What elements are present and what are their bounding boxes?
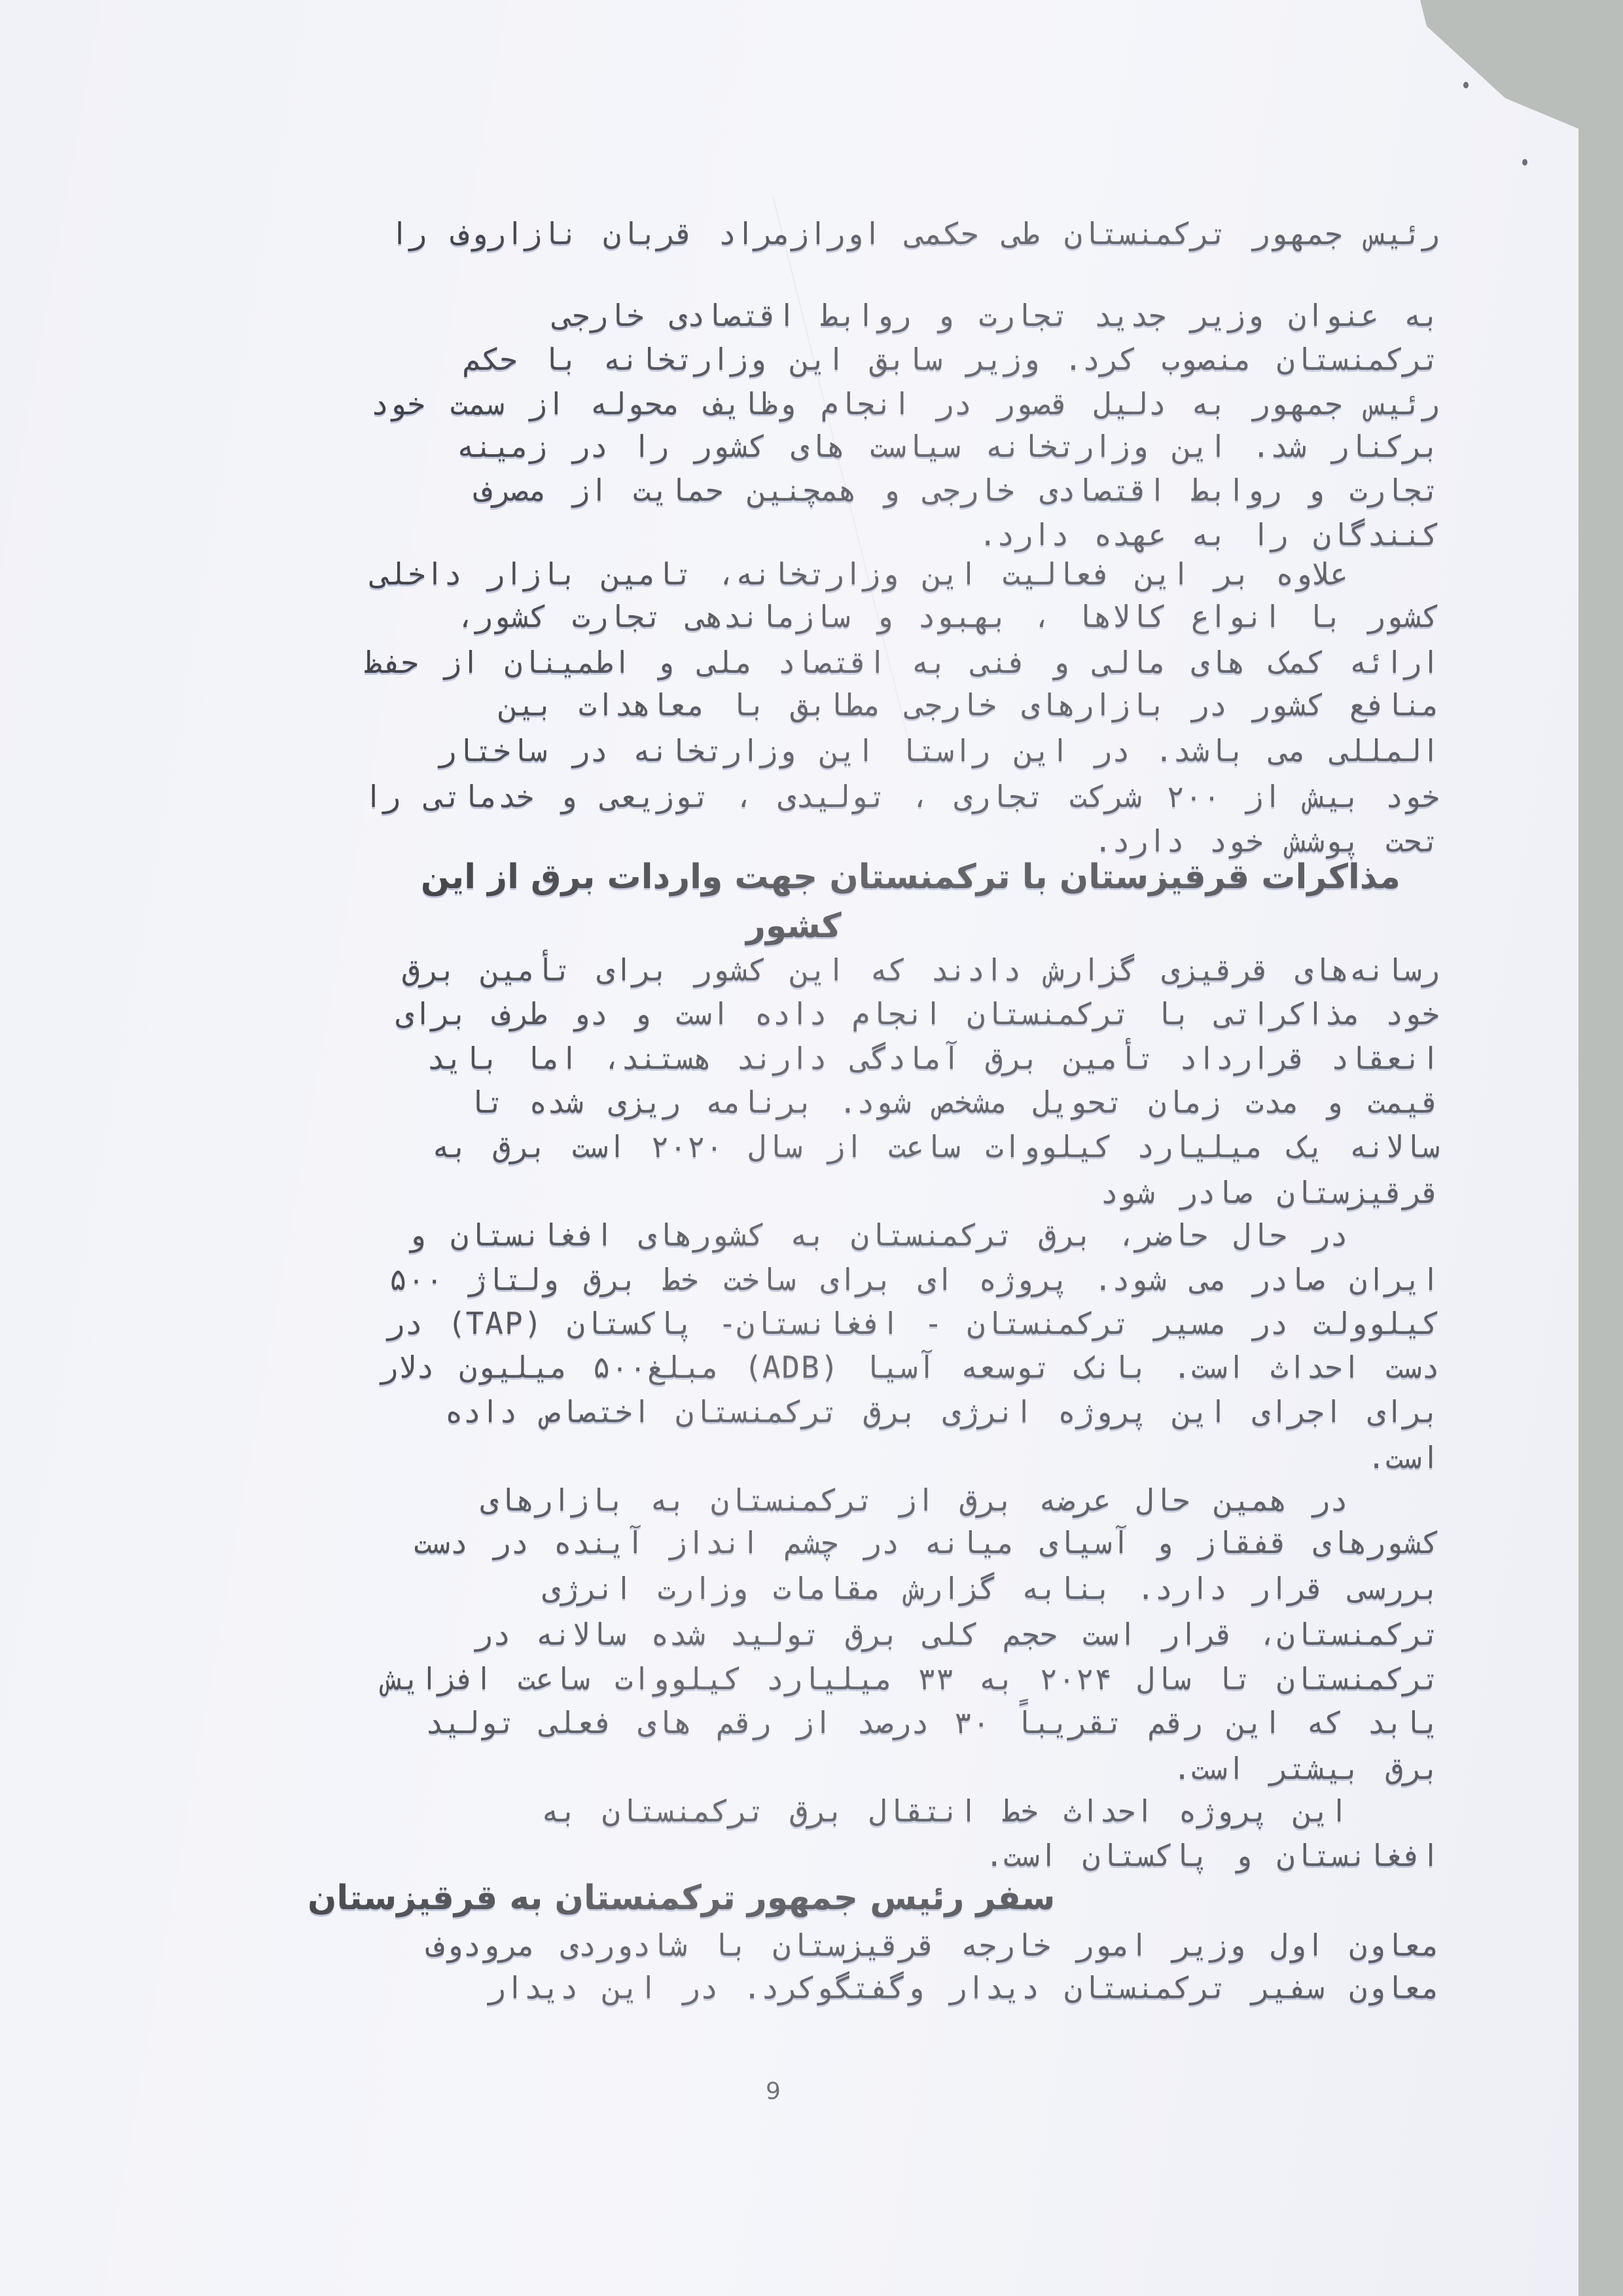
section-2-paragraph-1-line-2: معاون سفیر ترکمنستان دیدار وگفتگوکرد. در… [488,1970,1440,2005]
paragraph-1-line-6: تجارت و روابط اقتصادی خارجی و همچنین حما… [474,473,1440,508]
ink-speck [1463,82,1469,88]
paragraph-2-line-3: ارائه کمک های مالی و فنی به اقتصاد ملی و… [365,645,1440,680]
paragraph-2-line-7: تحت پوشش خود دارد. [1094,823,1440,859]
paragraph-1-line-7: کنندگان را به عهده دارد. [978,517,1440,552]
paragraph-1-line-4: رئیس جمهور به دلیل قصور در انجام وظایف م… [371,386,1440,422]
section-heading-kyrgyzstan-negotiations-continued: کشور [746,906,842,946]
paragraph-2-line-2: کشور با انواع کالاها ، بهبود و سازماندهی… [457,599,1440,634]
paragraph-1-line-1: رئیس جمهور ترکمنستان طی حکمی اورازمراد ق… [391,216,1440,251]
section-2-paragraph-1-line-1: معاون اول وزیر امور خارجه قرقیزستان با ش… [427,1928,1440,1963]
paragraph-2-line-1: علاوه بر این فعالیت این وزارتخانه، تامین… [372,556,1348,592]
section-1-paragraph-2-line-2: ایران صادر می شود. پروژه ای برای ساخت خط… [389,1262,1440,1297]
paragraph-1-line-2: به عنوان وزیر جدید تجارت و روابط اقتصادی… [554,298,1440,333]
section-heading-president-visit: سفر رئیس جمهور ترکمنستان به قرقیزستان [308,1878,1055,1918]
section-1-paragraph-2-line-6: است. [1367,1440,1440,1475]
paragraph-2-line-5: المللی می باشد. در این راستا این وزارتخا… [438,733,1440,768]
section-1-paragraph-2-line-1: در حال حاضر، برق ترکمنستان به کشورهای اف… [408,1217,1348,1253]
section-1-paragraph-3-line-5: ترکمنستان تا سال ۲۰۲۴ به ۳۳ میلیارد کیلو… [384,1661,1440,1696]
section-1-paragraph-3-line-1: در همین حال عرضه برق از ترکمنستان به باز… [480,1482,1348,1518]
section-1-paragraph-1-line-6: قرقیزستان صادر شود [1101,1175,1440,1210]
scanned-page: رئیس جمهور ترکمنستان طی حکمی اورازمراد ق… [0,0,1578,2296]
paragraph-1-line-5: برکنار شد. این وزارتخانه سیاست های کشور … [457,429,1440,464]
section-1-paragraph-1-line-5: سالانه یک میلیارد کیلووات ساعت از سال ۲۰… [432,1129,1440,1164]
section-1-paragraph-2-line-4: دست احداث است. بانک توسعه آسیا (ADB) مبل… [380,1350,1440,1385]
page-number: 9 [766,2078,781,2105]
section-1-paragraph-2-line-5: برای اجرای این پروژه انرژی برق ترکمنستان… [445,1394,1440,1429]
section-1-paragraph-1-line-3: انعقاد قرارداد تأمین برق آمادگی دارند هس… [427,1041,1440,1076]
section-1-paragraph-3-line-7: برق بیشتر است. [1173,1751,1440,1786]
ink-speck [1522,159,1527,166]
paragraph-1-line-3: ترکمنستان منصوب کرد. وزیر سابق این وزارت… [463,342,1440,377]
section-1-paragraph-4-line-1: این پروژه احداث خط انتقال برق ترکمنستان … [541,1793,1348,1829]
paragraph-2-line-6: خود بیش از ۲۰۰ شرکت تجاری ، تولیدی ، توز… [365,779,1440,814]
section-1-paragraph-2-line-3: کیلوولت در مسیر ترکمنستان - افغانستان- پ… [387,1306,1440,1341]
section-1-paragraph-3-line-3: بررسی قرار دارد. بنابه گزارش مقامات وزار… [542,1571,1440,1606]
section-1-paragraph-1-line-4: قیمت و مدت زمان تحویل مشخص شود. برنامه ر… [468,1085,1440,1120]
section-1-paragraph-4-line-2: افغانستان و پاکستان است. [985,1838,1440,1873]
section-1-paragraph-1-line-2: خود مذاکراتی با ترکمنستان انجام داده است… [396,996,1440,1031]
section-1-paragraph-3-line-6: یابد که این رقم تقریباً ۳۰ درصد از رقم ه… [425,1705,1440,1740]
section-1-paragraph-3-line-2: کشورهای قفقاز و آسیای میانه در چشم انداز… [414,1525,1440,1560]
section-heading-kyrgyzstan-negotiations: مذاکرات قرقیزستان با ترکمنستان جهت واردا… [421,857,1400,897]
section-1-paragraph-3-line-4: ترکمنستان، قرار است حجم کلی برق تولید شد… [474,1617,1440,1652]
section-1-paragraph-1-line-1: رسانه‌های قرقیزی گزارش دادند که این کشور… [402,952,1440,988]
paragraph-2-line-4: منافع کشور در بازارهای خارجی مطابق با مع… [499,687,1440,723]
